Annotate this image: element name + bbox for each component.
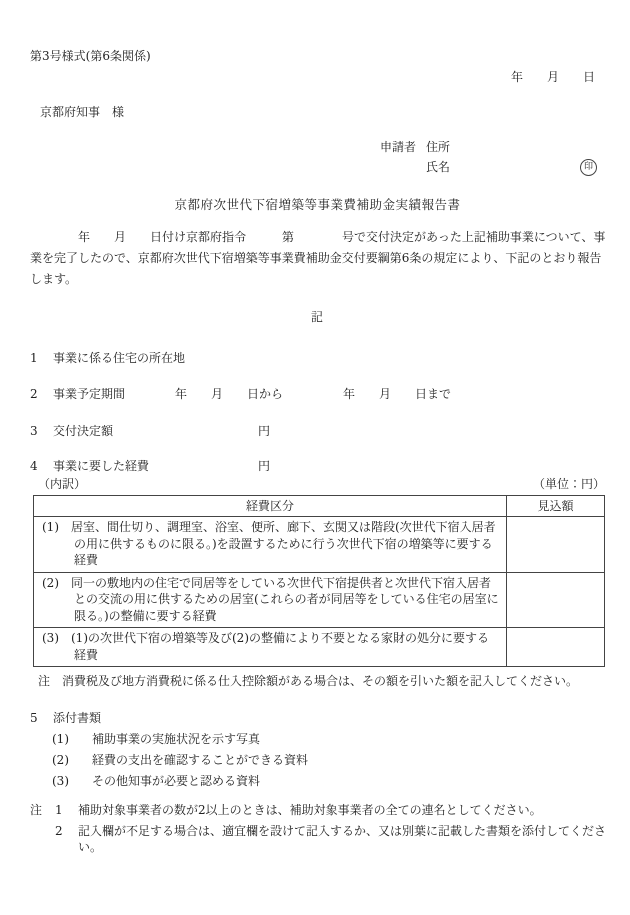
expense-amount-2 (507, 572, 605, 628)
expense-category-1: (1) 居室、間仕切り、調理室、浴室、便所、廊下、玄関又は階段(次世代下宿入居者… (34, 517, 507, 573)
item-label: 交付決定額 (53, 424, 113, 438)
item-number: 2 (30, 386, 53, 402)
seal-icon: 印 (580, 159, 597, 176)
footnote-1: 注 1 補助対象事業者の数が2以上のときは、補助対象事業者の全ての連名としてくだ… (30, 802, 627, 818)
document-title: 京都府次世代下宿増築等事業費補助金実績報告書 (30, 197, 605, 213)
item-label: 事業に係る住宅の所在地 (53, 351, 185, 365)
attachment-item-photos: (1)補助事業の実施状況を示す写真 (52, 731, 605, 747)
footnote-number: 2 (55, 823, 78, 855)
item-label: 添付書類 (53, 711, 101, 725)
body-paragraph: 年 月 日付け京都府指令 第 号で交付決定があった上記補助事業について、事業を完… (30, 227, 608, 290)
attachment-text: 経費の支出を確認することができる資料 (92, 752, 308, 768)
address-label: 住所 (426, 140, 450, 154)
table-row: (3) (1)の次世代下宿の増築等及び(2)の整備により不要となる家財の処分に要… (34, 628, 605, 667)
table-row: (2) 同一の敷地内の住宅で同居等をしている次世代下宿提供者と次世代下宿入居者と… (34, 572, 605, 628)
document-page: 第3号様式(第6条関係) 年 月 日 京都府知事 様 申請者住所 氏名 印 京都… (0, 0, 630, 915)
applicant-label: 申請者 (380, 140, 416, 154)
footnote-number: 1 (55, 802, 78, 818)
item-number: 5 (30, 710, 53, 726)
item-label: 事業に要した経費 (53, 459, 149, 473)
unit-label: （単位：円） (533, 476, 605, 492)
footnote-marker-spacer (30, 823, 55, 855)
item-number: 4 (30, 458, 53, 474)
item-project-expense: 4事業に要した経費 円 (30, 458, 605, 474)
applicant-name-row: 氏名 印 (380, 157, 606, 177)
item-unit: 円 (258, 423, 270, 439)
attachment-text: その他知事が必要と認める資料 (92, 773, 260, 789)
item-property-location: 1事業に係る住宅の所在地 (30, 350, 605, 366)
record-marker: 記 (30, 309, 605, 325)
table-note: 注 消費税及び地方消費税に係る仕入控除額がある場合は、その額を引いた額を記入して… (38, 673, 605, 689)
item-project-period: 2事業予定期間 年 月 日から 年 月 日まで (30, 386, 605, 402)
attachment-item-other: (3)その他知事が必要と認める資料 (52, 773, 605, 789)
item-unit: 円 (258, 458, 270, 474)
footnote-marker: 注 (30, 802, 55, 818)
column-header-amount: 見込額 (507, 496, 605, 517)
footnote-text: 補助対象事業者の数が2以上のときは、補助対象事業者の全ての連名としてください。 (78, 802, 627, 818)
applicant-block: 申請者住所 氏名 印 (380, 137, 605, 177)
attachment-item-expense-proof: (2)経費の支出を確認することができる資料 (52, 752, 605, 768)
expense-table-header-row: 経費区分 見込額 (34, 496, 605, 517)
column-header-category: 経費区分 (34, 496, 507, 517)
item-label: 事業予定期間 (53, 387, 125, 401)
breakdown-label: （内訳） (38, 476, 86, 492)
attachments-heading: 5添付書類 (30, 710, 605, 726)
footnote-text: 記入欄が不足する場合は、適宜欄を設けて記入するか、又は別葉に記載した書類を添付し… (78, 823, 627, 855)
item-number: 3 (30, 423, 53, 439)
item-number: 1 (30, 350, 53, 366)
footnote-2: 2 記入欄が不足する場合は、適宜欄を設けて記入するか、又は別葉に記載した書類を添… (30, 823, 627, 855)
expense-category-3: (3) (1)の次世代下宿の増築等及び(2)の整備により不要となる家財の処分に要… (34, 628, 507, 667)
expense-amount-1 (507, 517, 605, 573)
applicant-address-row: 申請者住所 (380, 137, 606, 157)
date-blank-line: 年 月 日 (30, 69, 605, 85)
name-label: 氏名 (426, 160, 450, 174)
addressee: 京都府知事 様 (40, 104, 605, 120)
attachment-number: (2) (52, 752, 92, 768)
attachment-number: (1) (52, 731, 92, 747)
attachment-number: (3) (52, 773, 92, 789)
attachment-text: 補助事業の実施状況を示す写真 (92, 731, 260, 747)
table-row: (1) 居室、間仕切り、調理室、浴室、便所、廊下、玄関又は階段(次世代下宿入居者… (34, 517, 605, 573)
item-value: 年 月 日から 年 月 日まで (175, 386, 451, 402)
expense-amount-3 (507, 628, 605, 667)
item-grant-decision-amount: 3交付決定額 円 (30, 423, 605, 439)
form-number: 第3号様式(第6条関係) (30, 48, 605, 64)
breakdown-header-row: （内訳） （単位：円） (30, 476, 605, 492)
expense-table: 経費区分 見込額 (1) 居室、間仕切り、調理室、浴室、便所、廊下、玄関又は階段… (33, 495, 605, 667)
expense-category-2: (2) 同一の敷地内の住宅で同居等をしている次世代下宿提供者と次世代下宿入居者と… (34, 572, 507, 628)
